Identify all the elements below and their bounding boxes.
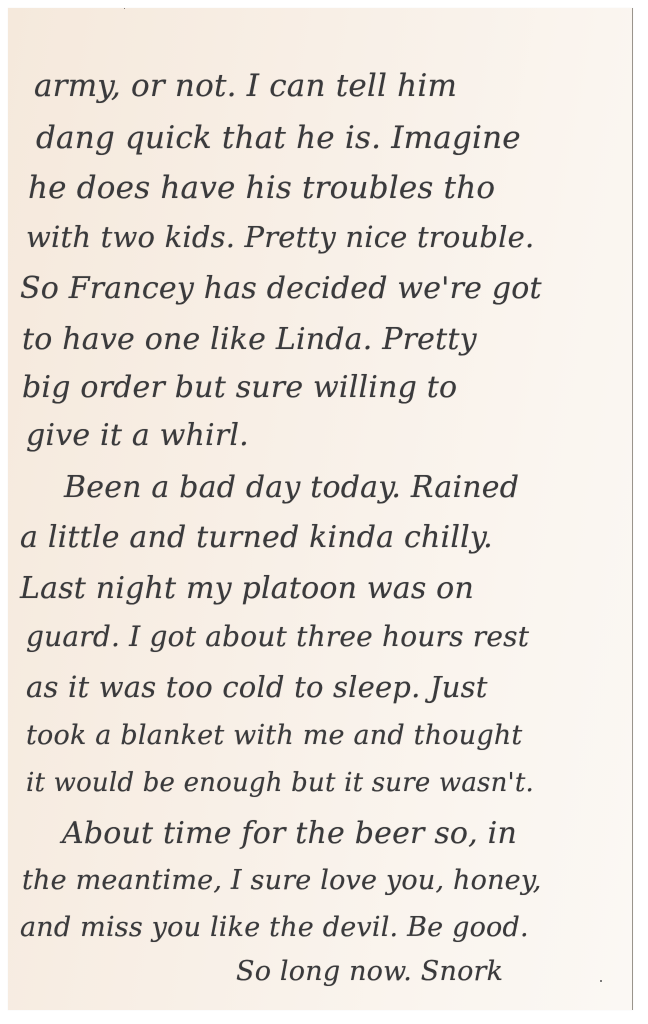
letter-line: big order but sure willing to	[22, 370, 457, 405]
letter-line: Last night my platoon was on	[20, 571, 474, 606]
letter-line: to have one like Linda. Pretty	[22, 322, 477, 357]
paper-speck	[600, 980, 602, 982]
letter-line: So Francey has decided we're got	[20, 271, 542, 306]
letter-line: guard. I got about three hours rest	[26, 620, 529, 653]
letter-line: a little and turned kinda chilly.	[20, 520, 493, 555]
letter-line: it would be enough but it sure wasn't.	[26, 768, 534, 798]
letter-page: army, or not. I can tell him dang quick …	[8, 8, 633, 1010]
letter-line: About time for the beer so, in	[62, 816, 517, 851]
letter-line: took a blanket with me and thought	[26, 720, 522, 751]
letter-signoff: So long now. Snork	[236, 956, 503, 987]
letter-line: army, or not. I can tell him	[34, 68, 457, 104]
letter-line: and miss you like the devil. Be good.	[20, 912, 529, 943]
paper-speck	[124, 8, 125, 9]
letter-line: he does have his troubles tho	[28, 170, 495, 206]
letter-line: dang quick that he is. Imagine	[36, 120, 521, 156]
letter-line: as it was too cold to sleep. Just	[26, 670, 488, 704]
letter-line: Been a bad day today. Rained	[64, 470, 519, 505]
letter-line: the meantime, I sure love you, honey,	[22, 865, 542, 896]
letter-line: give it a whirl.	[26, 418, 249, 453]
letter-line: with two kids. Pretty nice trouble.	[26, 220, 534, 254]
